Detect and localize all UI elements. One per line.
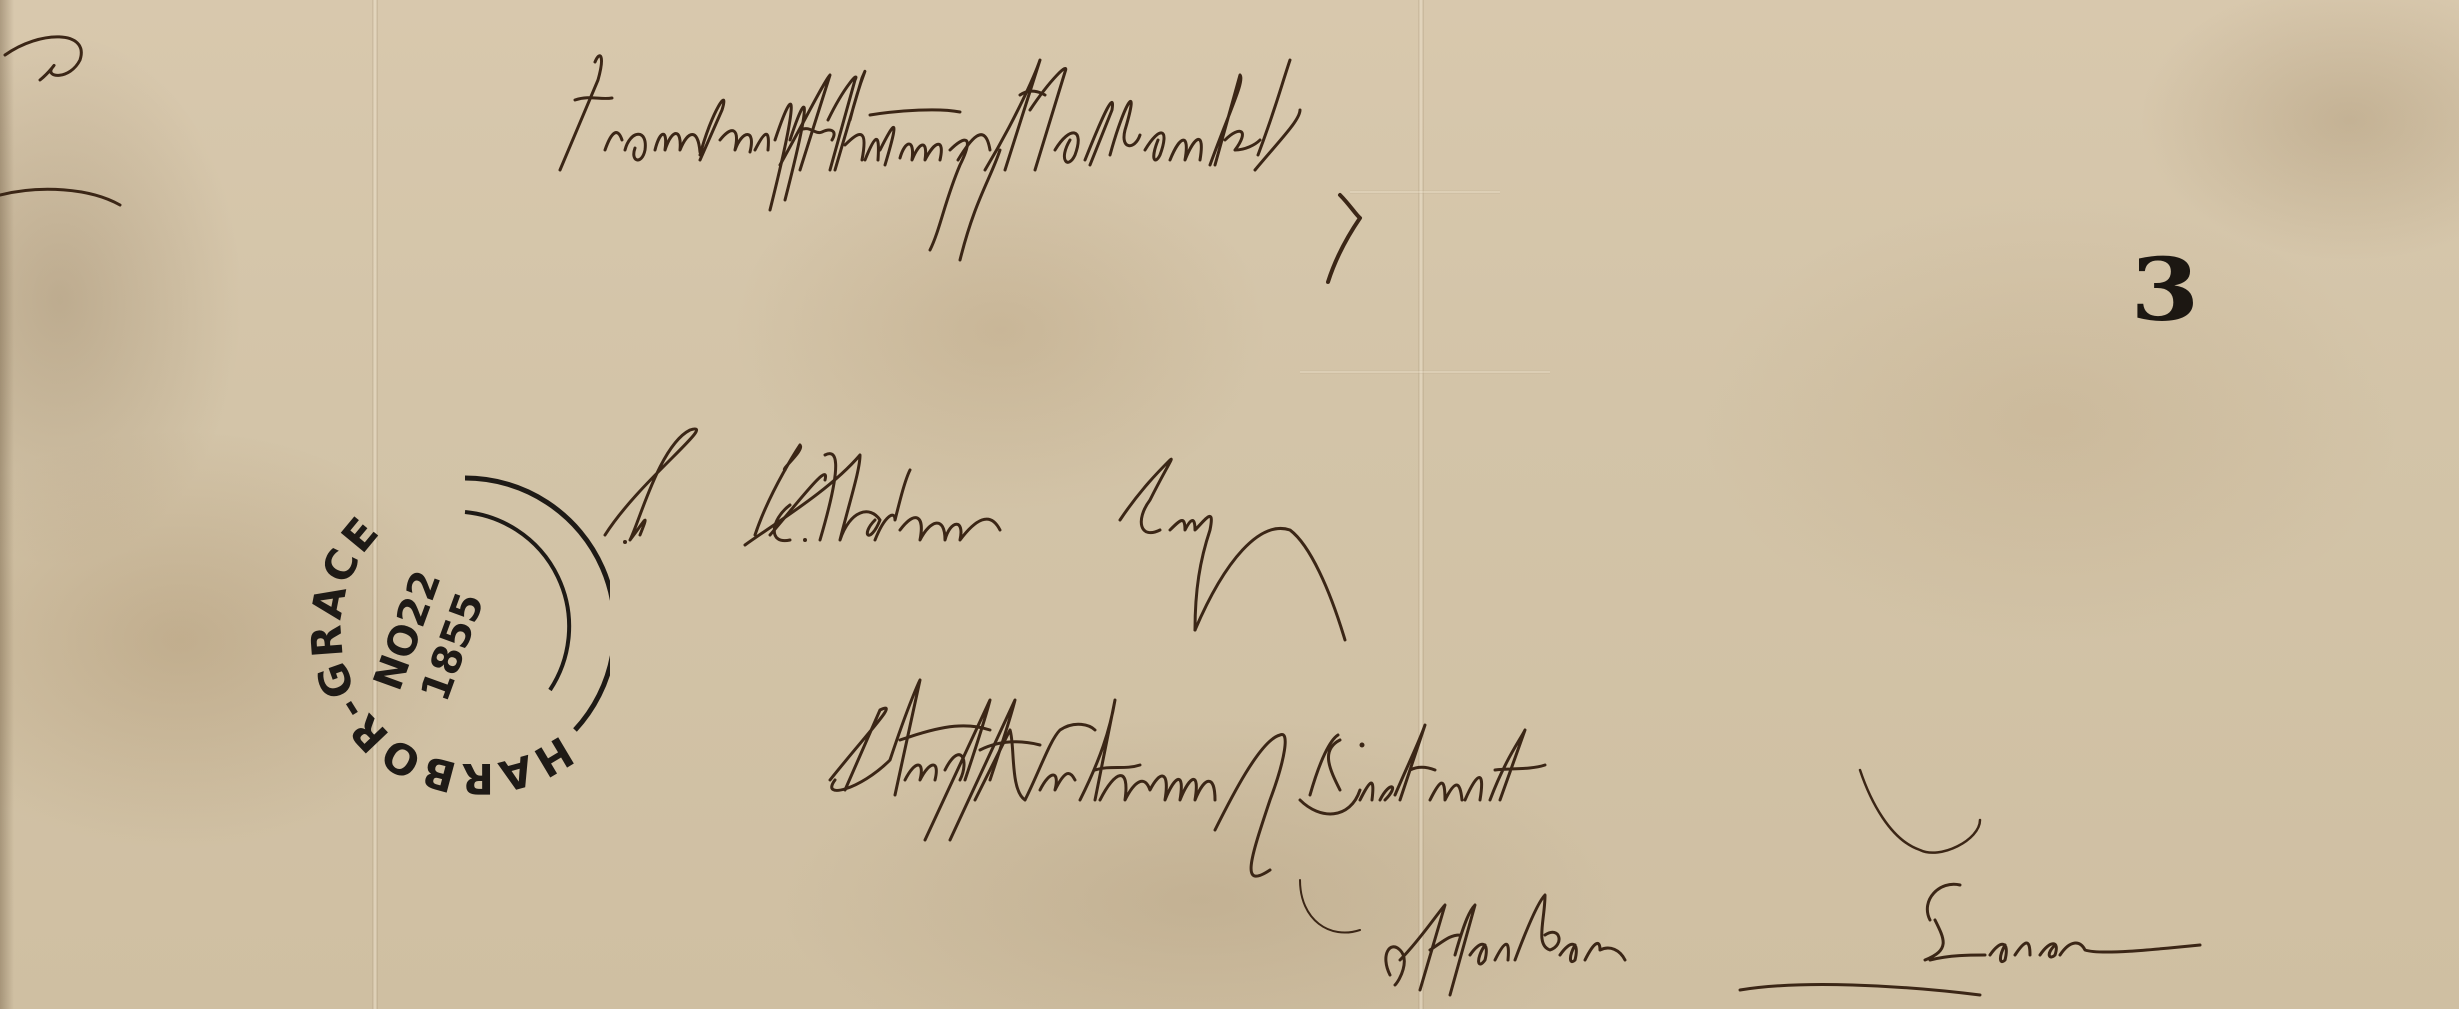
postmark-stamp: HARBOR-GRACE NO22 1855 — [270, 460, 610, 800]
addressee-name-handwriting — [605, 429, 1345, 640]
addressee-place-handwriting — [1386, 884, 2200, 995]
flourish — [1860, 770, 1980, 853]
addressee-title-handwriting — [830, 680, 1545, 876]
sender-tick-mark — [1328, 195, 1360, 282]
postage-rate-mark: 3 — [2131, 248, 2200, 334]
flourish — [1300, 880, 1360, 933]
sender-line-handwriting — [560, 56, 1300, 260]
